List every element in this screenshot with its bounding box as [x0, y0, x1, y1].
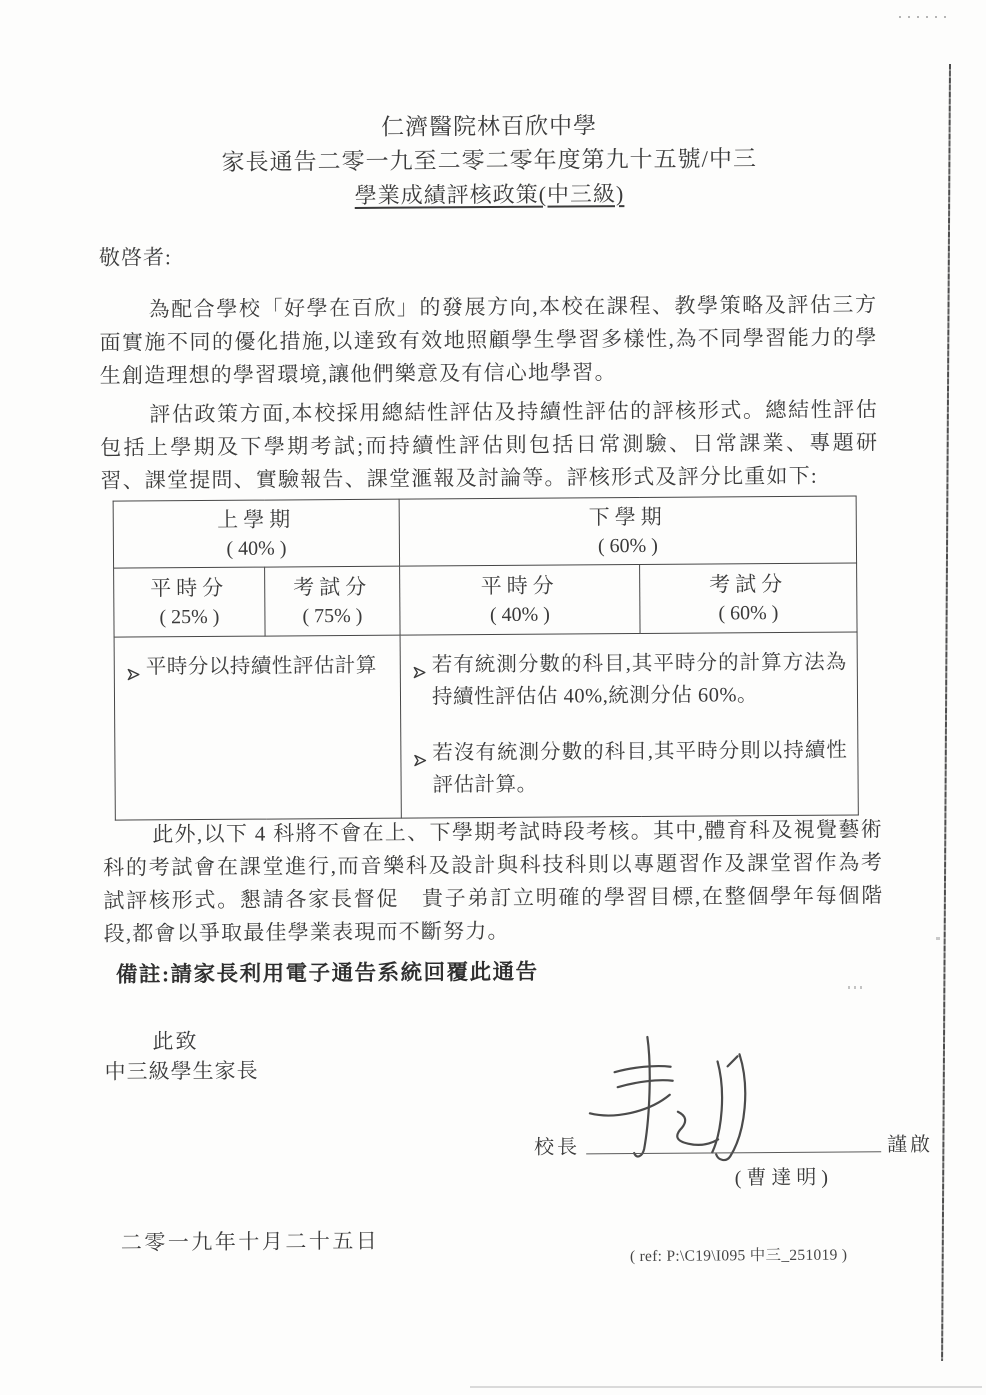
paragraph-intro: 為配合學校「好學在百欣」的發展方向,本校在課程、教學策略及評估三方面實施不同的優… — [99, 288, 878, 392]
scanned-notice-page: 仁濟醫院林百欣中學 家長通告二零一九至二零二零年度第九十五號/中三 學業成績評核… — [0, 0, 986, 1395]
cell-daily-mark-1: 平時分 ( 25% ) — [114, 567, 265, 637]
note-text: 若沒有統測分數的科目,其平時分則以持續性評估計算。 — [432, 735, 847, 802]
notice-subject: 學業成績評核政策(中三級) — [355, 181, 625, 208]
cell-second-term: 下學期 ( 60% ) — [399, 496, 856, 566]
cell-exam-mark-1: 考試分 ( 75% ) — [265, 566, 400, 636]
paragraph-exempt-subjects: 此外,以下 4 科將不會在上、下學期考試時段考核。其中,體育科及視覺藝術科的考試… — [103, 813, 884, 950]
salutation: 敬啓者: — [99, 241, 172, 272]
notice-subject-line: 學業成績評核政策(中三級) — [0, 175, 983, 216]
closing-to-label: 此致 — [152, 1025, 198, 1055]
table-row-terms: 上學期 ( 40% ) 下學期 ( 60% ) — [113, 496, 856, 568]
table-row-notes: 平時分以持續性評估計算 若有統測分數的科目,其平時分的計算方法為持續性評估佔 4… — [114, 632, 858, 820]
cell-first-term-note: 平時分以持續性評估計算 — [114, 635, 401, 820]
scan-artifact-speck — [936, 937, 940, 940]
first-term-label: 上學期 — [116, 504, 397, 536]
note-item: 若沒有統測分數的科目,其平時分則以持續性評估計算。 — [413, 735, 847, 802]
remark-line: 備註:請家長利用電子通告系統回覆此通告 — [116, 955, 539, 989]
arrowhead-bullet-icon — [413, 737, 428, 801]
paragraph-assessment-policy: 評估政策方面,本校採用總結性評估及持續性評估的評核形式。總結性評估包括上學期及下… — [100, 393, 879, 497]
assessment-weight-table: 上學期 ( 40% ) 下學期 ( 60% ) 平時分 ( 25% ) 考試分 — [113, 495, 859, 820]
document-content: 仁濟醫院林百欣中學 家長通告二零一九至二零二零年度第九十五號/中三 學業成績評核… — [0, 0, 986, 1395]
arrowhead-bullet-icon — [413, 649, 428, 713]
note-text: 若有統測分數的科目,其平時分的計算方法為持續性評估佔 40%,統測分佔 60%。 — [432, 647, 847, 714]
reference-number: ( ref: P:\C19\I095 中三_251019 ) — [630, 1243, 848, 1267]
principal-label: 校長 — [534, 1130, 580, 1159]
notice-date: 二零一九年十月二十五日 — [121, 1225, 380, 1257]
principal-name: ( 曹 達 明 ) — [681, 1160, 881, 1190]
principal-signature — [577, 1026, 778, 1164]
second-term-weight: ( 60% ) — [402, 530, 854, 561]
scan-artifact-speck — [848, 986, 862, 989]
scan-artifact-dots — [899, 16, 947, 18]
cell-first-term: 上學期 ( 40% ) — [113, 499, 399, 568]
note-text: 平時分以持續性評估計算 — [146, 650, 377, 692]
notice-header: 仁濟醫院林百欣中學 家長通告二零一九至二零二零年度第九十五號/中三 學業成績評核… — [0, 107, 983, 216]
cell-exam-mark-2: 考試分 ( 60% ) — [640, 563, 857, 634]
scan-artifact-bottom-edge — [470, 1386, 982, 1388]
respectfully-label: 謹啟 — [887, 1128, 933, 1157]
cell-daily-mark-2: 平時分 ( 40% ) — [400, 564, 640, 635]
arrowhead-bullet-icon — [127, 651, 142, 691]
note-item: 若有統測分數的科目,其平時分的計算方法為持續性評估佔 40%,統測分佔 60%。 — [413, 647, 847, 714]
cell-second-term-notes: 若有統測分數的科目,其平時分的計算方法為持續性評估佔 40%,統測分佔 60%。… — [400, 632, 858, 818]
closing-recipient: 中三級學生家長 — [104, 1055, 258, 1086]
first-term-weight: ( 40% ) — [116, 534, 397, 564]
note-item: 平時分以持續性評估計算 — [127, 650, 390, 692]
table-row-subcolumns: 平時分 ( 25% ) 考試分 ( 75% ) 平時分 ( 40% ) 考試分 … — [114, 563, 857, 637]
second-term-label: 下學期 — [402, 500, 854, 533]
